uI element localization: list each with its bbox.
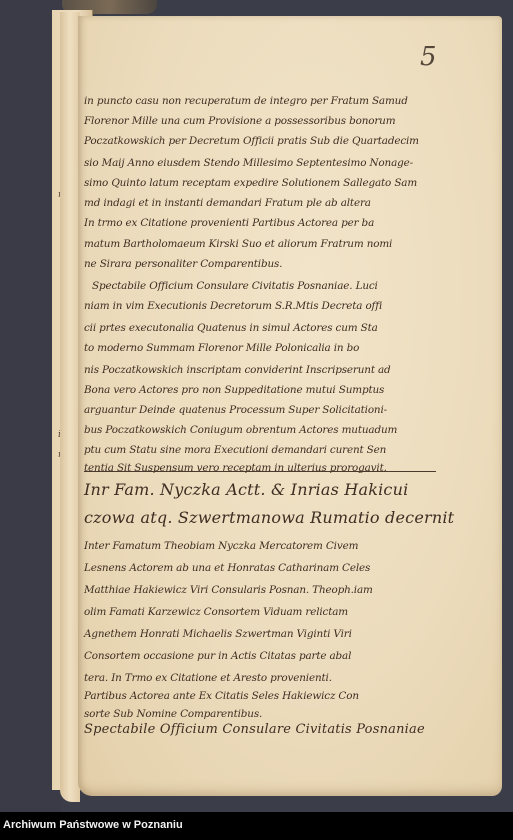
text-line: tentia Sit Suspensum vero receptam in ul…	[84, 462, 387, 474]
text-line: Florenor Mille una cum Provisione a poss…	[84, 115, 395, 127]
text-line: ptu cum Statu sine mora Executioni deman…	[84, 444, 386, 456]
text-line: tera. In Trmo ex Citatione et Aresto pro…	[84, 672, 332, 684]
entry-heading: czowa atq. Szwertmanowa Rumatio decernit	[84, 508, 454, 527]
text-line: Partibus Actorea ante Ex Citatis Seles H…	[84, 690, 359, 702]
text-line: nis Poczatkowskich inscriptam conviderin…	[84, 364, 391, 376]
text-line: cii prtes executonalia Quatenus in simul…	[84, 322, 378, 334]
text-line: Bona vero Actores pro non Suppeditatione…	[84, 384, 384, 396]
text-line: Poczatkowskich per Decretum Officii prat…	[84, 135, 419, 147]
entry-heading: Inr Fam. Nyczka Actt. & Inrias Hakicui	[84, 480, 408, 499]
document-viewer[interactable]: mu- ly r m nc i n 5 in puncto casu non r…	[0, 0, 513, 812]
page-fold-edge	[60, 12, 80, 802]
text-line: bus Poczatkowskich Coniugum obrentum Act…	[84, 424, 397, 436]
text-line: niam in vim Executionis Decretorum S.R.M…	[84, 300, 382, 312]
text-line: Matthiae Hakiewicz Viri Consularis Posna…	[84, 584, 373, 596]
page-number: 5	[420, 42, 437, 72]
text-line: md indagi et in instanti demandari Fratu…	[84, 197, 371, 209]
text-line: sorte Sub Nomine Comparentibus.	[84, 708, 262, 720]
text-line: in puncto casu non recuperatum de integr…	[84, 95, 408, 107]
text-line: to moderno Summam Florenor Mille Polonic…	[84, 342, 359, 354]
text-line: matum Bartholomaeum Kirski Suo et alioru…	[84, 238, 392, 250]
text-line: arguantur Deinde quatenus Processum Supe…	[84, 404, 387, 416]
text-line: Agnethem Honrati Michaelis Szwertman Vig…	[84, 628, 352, 640]
text-line: Spectabile Officium Consulare Civitatis …	[92, 280, 378, 292]
text-line: ne Sirara personaliter Comparentibus.	[84, 258, 282, 270]
entry-divider	[84, 471, 436, 472]
text-line: Inter Famatum Theobiam Nyczka Mercatorem…	[84, 540, 358, 552]
text-line: simo Quinto latum receptam expedire Solu…	[84, 177, 417, 189]
text-line: olim Famati Karzewicz Consortem Viduam r…	[84, 606, 348, 618]
footer-bar: Archiwum Państwowe w Poznaniu	[0, 812, 513, 840]
archive-label: Archiwum Państwowe w Poznaniu	[3, 819, 183, 831]
text-line: sio Maij Anno eiusdem Stendo Millesimo S…	[84, 157, 413, 169]
text-line: Lesnens Actorem ab una et Honratas Catha…	[84, 562, 370, 574]
text-line: In trmo ex Citatione provenienti Partibu…	[84, 217, 374, 229]
closing-line: Spectabile Officium Consulare Civitatis …	[84, 722, 425, 737]
text-line: Consortem occasione pur in Actis Citatas…	[84, 650, 351, 662]
